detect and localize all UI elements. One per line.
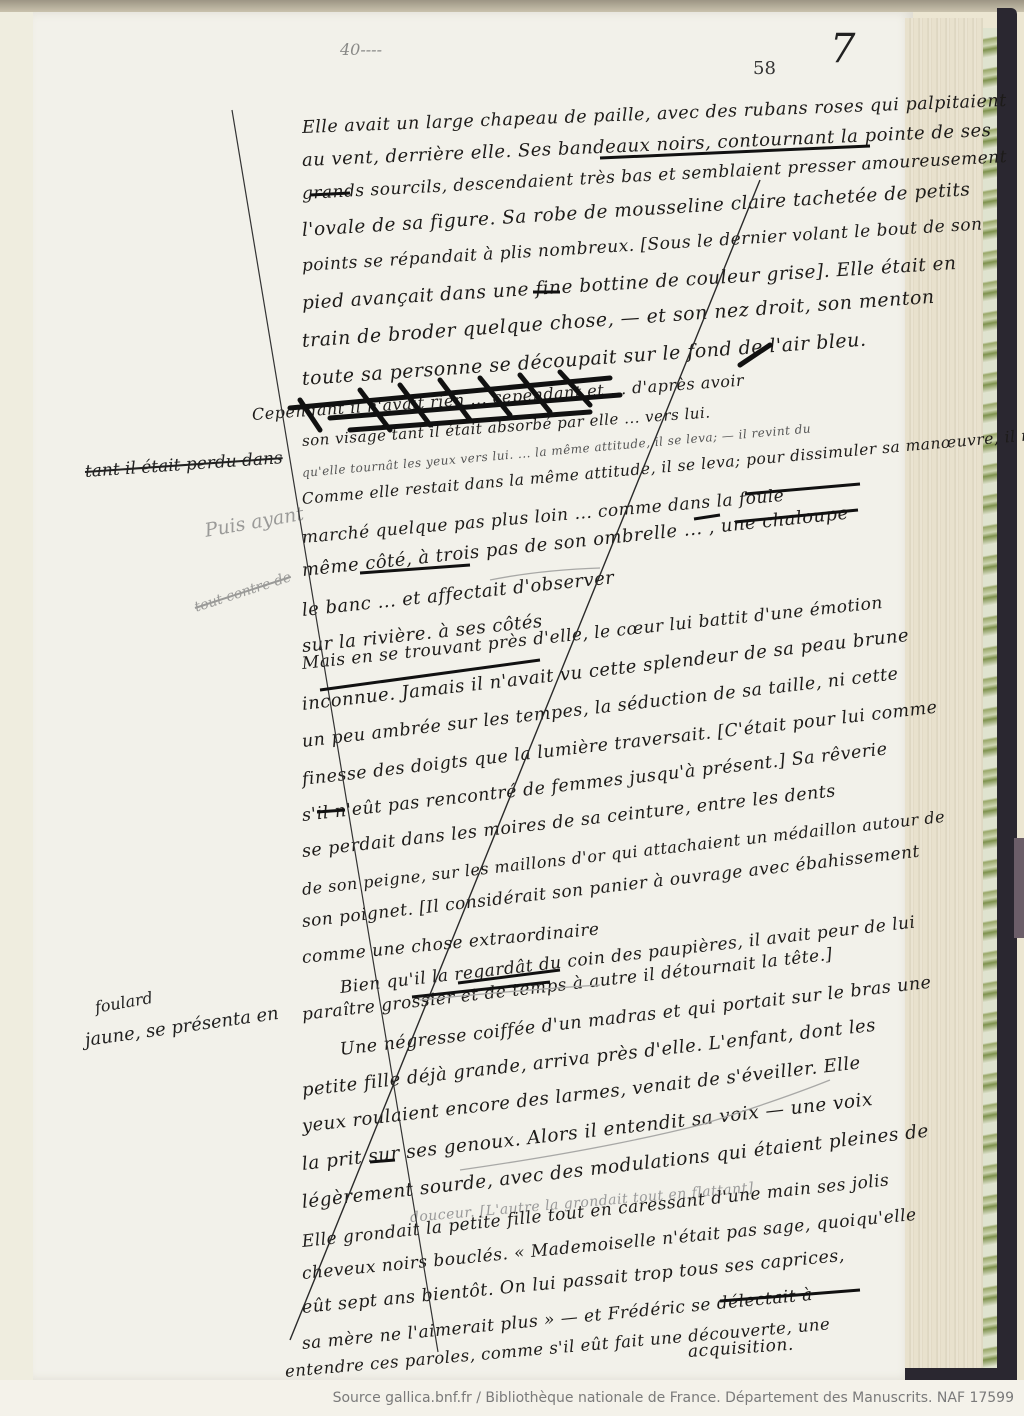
source-caption: Source gallica.bnf.fr / Bibliothèque nat… bbox=[0, 1380, 1024, 1416]
cancellation-strokes bbox=[0, 0, 1024, 1380]
manuscript-scan: 40---- 58 7 Elle avait un large chapeau … bbox=[0, 0, 1024, 1380]
